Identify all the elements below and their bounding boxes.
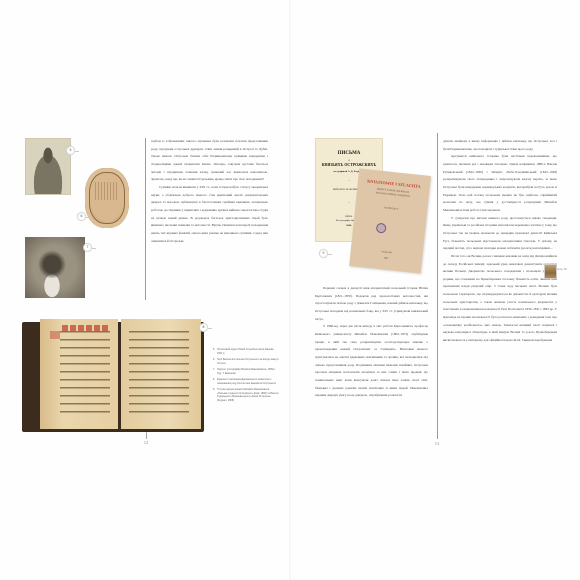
- paragraph: У суперечці про витоки княжого роду прос…: [443, 215, 557, 253]
- portrait-maksymovych-image: [25, 237, 85, 298]
- portrait-hetman-image: [25, 138, 71, 195]
- figure-marker-6: 6: [77, 212, 86, 221]
- figure-marker-7: 7: [83, 243, 92, 252]
- manuscript-image: [22, 318, 204, 433]
- page-number: 13: [430, 441, 444, 446]
- cross-reference-label: стор. 16: [557, 268, 567, 271]
- paragraph: думати знайдену в якому інформацію і дій…: [443, 138, 557, 153]
- book-spread: 5 6 7 гербом із зображенням святого муче…: [0, 0, 580, 580]
- library-stamp: [376, 223, 387, 234]
- figure-marker-8: 8: [199, 323, 208, 332]
- column-rule: [437, 133, 438, 439]
- page-number: 12: [139, 440, 153, 445]
- caption-item: 8.Фрагмент пом'янника Дерманського монас…: [213, 378, 279, 385]
- portrait-thumbnail-image: [544, 264, 557, 279]
- paragraph: Аргументи київського історика були насті…: [443, 153, 557, 214]
- caption-item: 7.Портрет (літографія) Михайла Максимови…: [213, 368, 279, 375]
- paragraph: гербом із зображенням святого мученика б…: [151, 138, 268, 184]
- left-page: 5 6 7 гербом із зображенням святого муче…: [0, 0, 290, 580]
- manuscript-red-initial: [50, 331, 60, 339]
- title-page-rudnicki-image: KNIAZIOWIE I SZLACHTA MIĘDZY SANEM, WIEP…: [349, 169, 431, 274]
- manuscript-red-heading: [62, 325, 108, 331]
- figure-marker-9: 9: [319, 249, 328, 258]
- caption-item: 9.Титульні аркуші книжок Михайла Максимо…: [213, 388, 279, 402]
- manuscript-text-lines: [129, 326, 189, 418]
- right-page-left-column: Першим словом в дискусії взяв авторитетн…: [315, 285, 428, 400]
- left-page-body: гербом із зображенням святого мученика б…: [151, 138, 268, 245]
- paragraph: Після того, як Волинь разом з іншими зем…: [443, 253, 557, 345]
- paragraph: Сумніви почали виникати у XIX ст., коли …: [151, 184, 268, 245]
- column-rule: [145, 138, 146, 300]
- caption-item: 5.Початковий аркуш Новой Служебної книги…: [213, 348, 279, 355]
- manuscript-text-lines: [60, 326, 110, 418]
- figure-captions: 5.Початковий аркуш Новой Служебної книги…: [213, 348, 279, 405]
- paragraph: У 1866-му, через рік після виходу в світ…: [315, 323, 428, 400]
- right-page-right-column: думати знайдену в якому інформацію і дій…: [443, 138, 557, 345]
- caption-item: 6.Герб Василя-Костянтина Острозького на …: [213, 358, 279, 365]
- coat-of-arms-image: [85, 168, 129, 228]
- page-number-tick: [146, 432, 147, 439]
- figure-marker-5: 5: [66, 146, 75, 155]
- paragraph: Першим словом в дискусії взяв авторитетн…: [315, 285, 428, 323]
